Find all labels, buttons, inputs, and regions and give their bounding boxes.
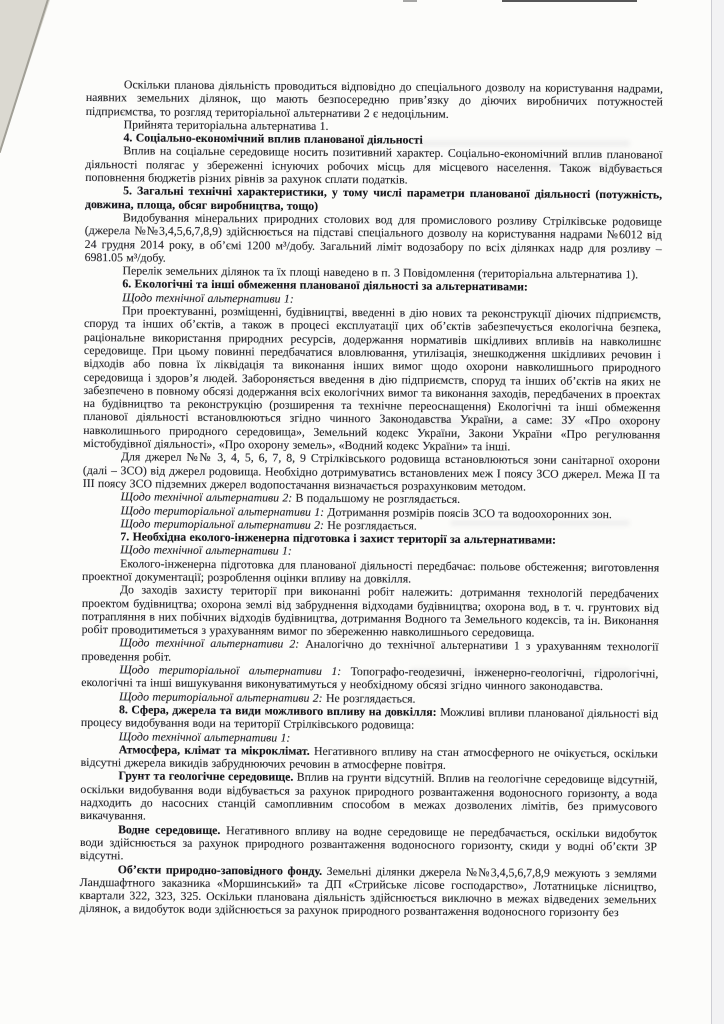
scan-speck bbox=[403, 0, 417, 2]
scan-right-margin bbox=[712, 0, 724, 1024]
para-water: Водне середовище. Негативного впливу на … bbox=[80, 823, 657, 867]
text-run: Вплив на соціальне середовище носить поз… bbox=[85, 144, 662, 187]
para-eco-limitations: При проектуванні, розміщенні, будівництв… bbox=[83, 304, 661, 455]
para-territorial-justification: Оскільки планова діяльність проводиться … bbox=[86, 78, 663, 122]
para-extraction-details: Видобування мінеральних природних столов… bbox=[85, 211, 662, 269]
document-body: Оскільки планова діяльність проводиться … bbox=[79, 78, 663, 920]
para-socioeconomic-impact: Вплив на соціальне середовище носить поз… bbox=[85, 144, 662, 188]
para-territory-protection: До заходів захисту території при виконан… bbox=[82, 583, 659, 641]
para-sanitary-zones: Для джерел №№ 3, 4, 5, 6, 7, 8, 9 Стрілк… bbox=[83, 450, 660, 494]
para-soil-geology: Грунт та геологічне середовище. Вплив на… bbox=[80, 769, 657, 827]
para-nature-reserve: Об’єкти природно-заповідного фонду. Земе… bbox=[79, 862, 656, 920]
scanned-page: Оскільки планова діяльність проводиться … bbox=[0, 0, 724, 1024]
text-run: Еколого-інженерна підготовка для планова… bbox=[82, 556, 659, 586]
text-run: Оскільки планова діяльність проводиться … bbox=[86, 77, 663, 120]
text-run: Для джерел №№ 3, 4, 5, 6, 7, 8, 9 Стрілк… bbox=[83, 450, 660, 494]
text-run: 5. Загальні технічні характеристики, у т… bbox=[85, 184, 662, 213]
text-run: При проектуванні, розміщенні, будівництв… bbox=[83, 303, 661, 453]
page-edge-line bbox=[711, 0, 712, 1024]
scan-mark bbox=[502, 0, 637, 2]
text-run: До заходів захисту території при виконан… bbox=[82, 583, 659, 640]
text-run: Видобування мінеральних природних столов… bbox=[85, 210, 662, 264]
